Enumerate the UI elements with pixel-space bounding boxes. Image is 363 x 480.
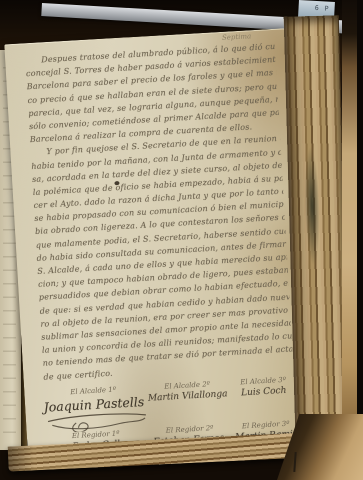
backdrop-right-edge <box>357 0 363 480</box>
signature-block: El Alcalde 3º Luis Coch <box>230 375 297 404</box>
signature-name: Martin Vilallonga <box>144 389 231 404</box>
signature-block: El Alcalde 2º Martin Vilallonga <box>144 379 232 409</box>
tab-label: 6 P <box>315 4 330 13</box>
book-cover-edge <box>342 0 358 480</box>
manuscript-text: Despues tratose del alumbrado público, á… <box>25 42 294 386</box>
page-annotation: Septima <box>222 32 252 42</box>
signature-block: El Alcalde 1º Joaquin Pastells <box>42 384 145 415</box>
signature-name: Luis Coch <box>231 385 297 399</box>
manuscript-page: Septima Despues tratose del alumbrado pú… <box>4 28 308 458</box>
photo-backdrop: 6 P Septima Despues tratose del alumbrad… <box>0 0 363 480</box>
